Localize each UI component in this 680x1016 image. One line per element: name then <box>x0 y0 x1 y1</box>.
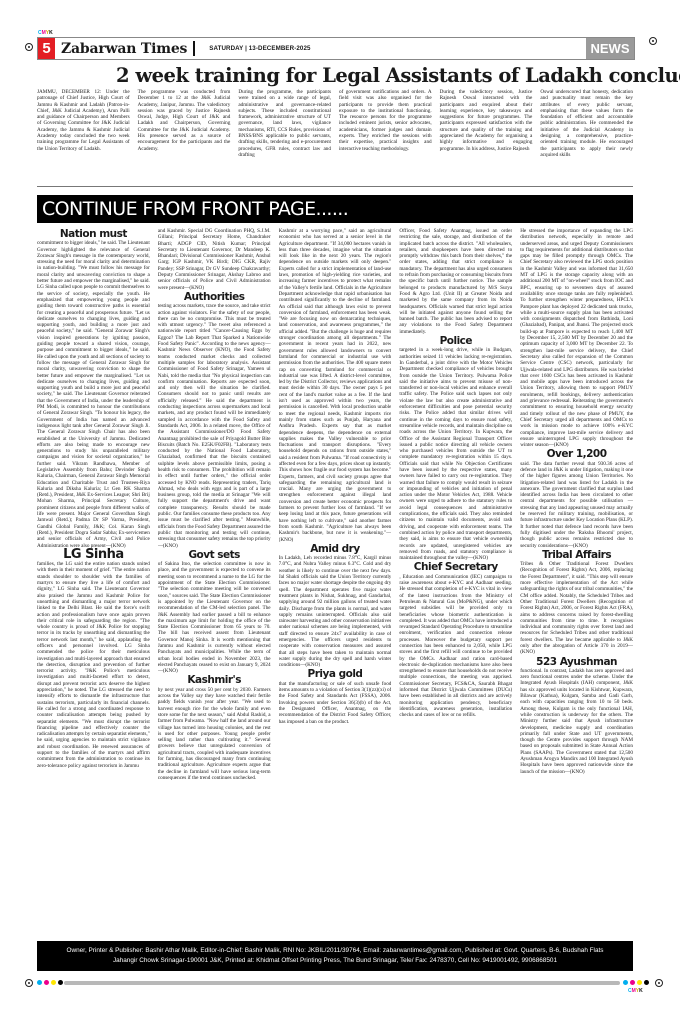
story-text: of Sakina Itoo, the selection committee … <box>158 561 271 674</box>
lead-column-2: The programme was conducted from Decembe… <box>138 89 231 158</box>
lead-column-5: During the valedictory session, Justice … <box>440 89 533 158</box>
story-text: In Ladakh, Leh recorded minus 7.8°C, Kar… <box>279 555 392 668</box>
imprint-footer: Owner, Printer & Publisher: Bashir Athar… <box>37 941 633 971</box>
gray-strip <box>64 981 620 985</box>
story-text: functional. In contrast, Ladakh has zero… <box>520 668 633 775</box>
story-heading: Kashmir's <box>158 677 271 683</box>
story-text: targeted in a week-long drive, while in … <box>399 347 512 561</box>
lead-story-body: JAMMU, DECEMBER 12: Under the patronage … <box>37 89 633 158</box>
color-bar-left <box>37 980 63 985</box>
continued-column-3: Kashmir at a worrying pace," said an agr… <box>279 228 392 933</box>
story-heading: LG Sinha <box>37 552 150 558</box>
registration-mark-bottom-right <box>655 979 663 987</box>
story-text: and Kashmir. Special DG Coordination PHQ… <box>158 228 271 291</box>
imprint-line-1: Owner, Printer & Publisher: Bashir Athar… <box>37 946 633 956</box>
story-text: Officer, Food Safety Anantnag, issued an… <box>399 228 512 335</box>
masthead-divider <box>193 41 195 56</box>
masthead: 5 Zabarwan Times SATURDAY | 13-DECEMBER-… <box>37 37 635 60</box>
story-heading: Police <box>399 338 512 344</box>
section-tab-news: NEWS <box>586 38 634 59</box>
page-number: 5 <box>38 38 55 59</box>
story-text: testing across markets, trace the source… <box>158 303 271 549</box>
registration-mark-top-left <box>25 43 33 51</box>
story-heading: Authorities <box>158 294 271 300</box>
cmyk-label-top: CMYK <box>38 30 53 36</box>
story-text: He stressed the importance of expanding … <box>520 228 633 448</box>
continued-stories: Nation must commitment to bigger ideals,… <box>37 228 633 933</box>
issue-date: SATURDAY | 13-DECEMBER-2025 <box>209 45 310 52</box>
story-text: Kashmir at a worrying pace," said an agr… <box>279 228 392 543</box>
lead-column-4: of government notifications and orders. … <box>339 89 432 158</box>
story-text: , Education and Communication (IEC) camp… <box>399 574 512 719</box>
story-heading: 523 Ayushman <box>520 659 633 665</box>
story-heading: Priya gold <box>279 671 392 677</box>
imprint-line-2: Jahangir Chowk Srinagar-190001 J&K, Prin… <box>37 956 633 966</box>
story-heading: Over 1,200 <box>520 451 633 457</box>
lead-headline: 2 week training for Legal Assistants of … <box>116 64 680 87</box>
lead-column-3: During the programme, the participants w… <box>238 89 331 158</box>
story-heading: Chief Secretary <box>399 564 512 570</box>
paper-name: Zabarwan Times <box>61 41 187 57</box>
lead-bottom-rule <box>37 186 633 187</box>
cmyk-label-bottom: CMYK <box>628 988 643 994</box>
story-heading: Tribal Affairs <box>520 552 633 558</box>
color-bar-right <box>623 980 649 985</box>
story-text: said. The data further reveal that 930.3… <box>520 461 633 549</box>
story-heading: Govt sets <box>158 552 271 558</box>
story-text: Tribes & Other Traditional Forest Dwelle… <box>520 561 633 655</box>
continued-column-1: Nation must commitment to bigger ideals,… <box>37 228 150 933</box>
story-text: families, the LG said the entire nation … <box>37 561 150 769</box>
story-text: by next year and cross 50 per cent by 20… <box>158 687 271 781</box>
story-text: commitment to bigger ideals," he said. T… <box>37 240 150 549</box>
story-heading: Amid dry <box>279 546 392 552</box>
registration-mark-bottom-left <box>25 979 33 987</box>
continued-column-5: He stressed the importance of expanding … <box>520 228 633 933</box>
lead-column-6: Oswal underscored that honesty, dedicati… <box>540 89 633 158</box>
continue-banner: CONTINUE FROM FRONT PAGE...... <box>37 195 633 223</box>
story-text: that the manufacturing or sale of such u… <box>279 681 392 725</box>
registration-mark-top-right <box>649 37 657 45</box>
continued-column-4: Officer, Food Safety Anantnag, issued an… <box>399 228 512 933</box>
continued-column-2: and Kashmir. Special DG Coordination PHQ… <box>158 228 271 933</box>
lead-column-1: JAMMU, DECEMBER 12: Under the patronage … <box>37 89 130 158</box>
story-heading: Nation must <box>37 231 150 237</box>
